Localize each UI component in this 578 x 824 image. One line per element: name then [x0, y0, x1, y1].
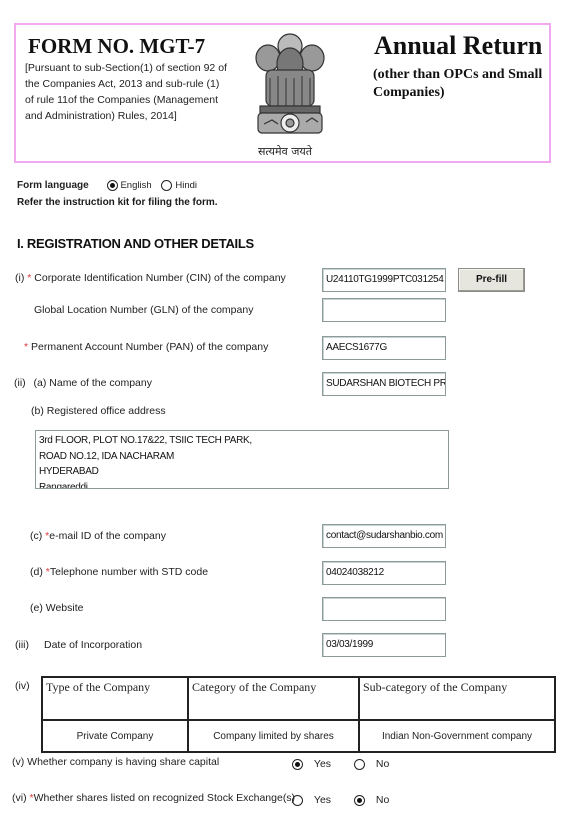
section-title: I. REGISTRATION AND OTHER DETAILS	[17, 236, 254, 251]
category-header: Category of the Company	[188, 677, 359, 720]
type-value: Private Company	[42, 720, 188, 752]
listed-no-option: No	[354, 794, 389, 806]
type-header: Type of the Company	[42, 677, 188, 720]
national-emblem-icon	[250, 28, 330, 138]
email-label-text: e-mail ID of the company	[49, 530, 166, 542]
subcategory-header: Sub-category of the Company	[359, 677, 555, 720]
listed-no-radio[interactable]	[354, 795, 365, 806]
gln-field[interactable]	[322, 298, 446, 322]
listed-yes-option: Yes	[292, 794, 331, 806]
phone-field[interactable]: 04024038212	[322, 561, 446, 585]
form-title: Annual Return	[374, 31, 542, 61]
gln-label: Global Location Number (GLN) of the comp…	[34, 304, 253, 316]
phone-label-text: Telephone number with STD code	[50, 566, 208, 578]
phone-prefix: (d)	[30, 566, 43, 578]
company-type-number: (iv)	[15, 680, 30, 692]
name-number: (ii)	[14, 377, 26, 389]
category-value: Company limited by shares	[188, 720, 359, 752]
address-field[interactable]: 3rd FLOOR, PLOT NO.17&22, TSIIC TECH PAR…	[35, 430, 449, 489]
language-hindi-label: Hindi	[175, 180, 197, 191]
company-name-field[interactable]: SUDARSHAN BIOTECH PRIVATI	[322, 372, 446, 396]
subcategory-value: Indian Non-Government company	[359, 720, 555, 752]
address-line: HYDERABAD	[39, 464, 445, 480]
email-label: (c) *e-mail ID of the company	[30, 530, 166, 542]
cin-label-text: Corporate Identification Number (CIN) of…	[34, 272, 286, 284]
cin-label: (i) * Corporate Identification Number (C…	[15, 272, 286, 284]
form-subtitle: (other than OPCs and Small Companies)	[373, 66, 548, 102]
listed-label-text: Whether shares listed on recognized Stoc…	[34, 792, 295, 804]
listed-yes-radio[interactable]	[292, 795, 303, 806]
share-capital-no-label: No	[376, 758, 389, 770]
pan-field[interactable]: AAECS1677G	[322, 336, 446, 360]
instruction-text: Refer the instruction kit for filing the…	[17, 197, 218, 208]
pan-label-text: Permanent Account Number (PAN) of the co…	[31, 341, 268, 353]
share-capital-yes-label: Yes	[314, 758, 331, 770]
listed-yes-label: Yes	[314, 794, 331, 806]
website-field[interactable]	[322, 597, 446, 621]
website-label: (e) Website	[30, 602, 84, 614]
cin-field[interactable]: U24110TG1999PTC031254	[322, 268, 446, 292]
address-line: Rangareddi	[39, 480, 445, 490]
language-english-radio[interactable]	[107, 180, 118, 191]
emblem-motto: सत्यमेव जयते	[258, 144, 312, 159]
address-line: ROAD NO.12, IDA NACHARAM	[39, 449, 445, 465]
email-prefix: (c)	[30, 530, 42, 542]
listed-no-label: No	[376, 794, 389, 806]
share-capital-yes-radio[interactable]	[292, 759, 303, 770]
incorporation-number: (iii)	[15, 639, 29, 651]
required-marker: *	[27, 272, 31, 284]
incorporation-label: Date of Incorporation	[44, 639, 142, 651]
prefill-button[interactable]: Pre-fill	[458, 268, 525, 292]
pan-label: * Permanent Account Number (PAN) of the …	[24, 341, 268, 353]
name-label-text: (a) Name of the company	[34, 377, 152, 389]
required-marker: *	[24, 341, 28, 353]
address-line: 3rd FLOOR, PLOT NO.17&22, TSIIC TECH PAR…	[39, 433, 445, 449]
form-language-row: Form language English Hindi	[17, 179, 197, 191]
share-capital-no-radio[interactable]	[354, 759, 365, 770]
share-capital-no-option: No	[354, 758, 389, 770]
incorporation-date-field[interactable]: 03/03/1999	[322, 633, 446, 657]
share-capital-label: (v) Whether company is having share capi…	[12, 756, 219, 768]
phone-label: (d) *Telephone number with STD code	[30, 566, 208, 578]
listed-prefix: (vi)	[12, 792, 27, 804]
listed-label: (vi) *Whether shares listed on recognize…	[12, 792, 295, 804]
pursuant-text: [Pursuant to sub-Section(1) of section 9…	[25, 60, 230, 124]
language-hindi-radio[interactable]	[161, 180, 172, 191]
share-capital-yes-option: Yes	[292, 758, 331, 770]
cin-number: (i)	[15, 272, 24, 284]
company-type-table: Type of the Company Category of the Comp…	[41, 676, 556, 753]
language-english-label: English	[120, 180, 151, 191]
form-number: FORM NO. MGT-7	[28, 34, 205, 59]
form-language-label: Form language	[17, 180, 89, 191]
address-label: (b) Registered office address	[31, 405, 166, 417]
email-field[interactable]: contact@sudarshanbio.com	[322, 524, 446, 548]
company-name-label: (ii) (a) Name of the company	[14, 377, 152, 389]
